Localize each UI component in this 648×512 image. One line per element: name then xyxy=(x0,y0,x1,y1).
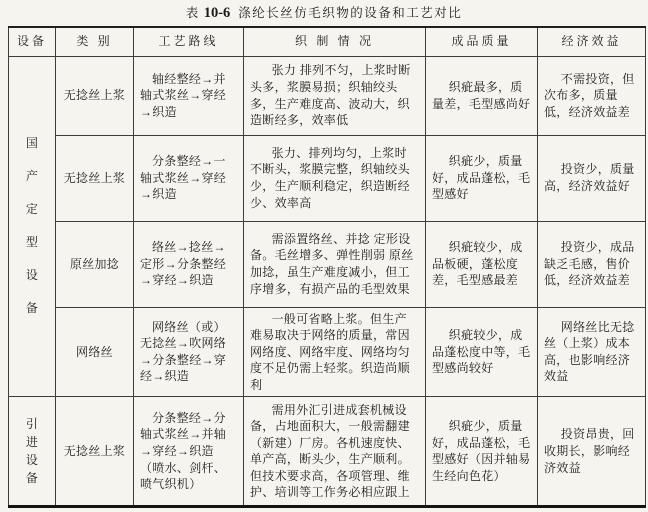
quality-cell: 织疵最多，质量差，毛型感尚好 xyxy=(426,56,538,135)
process-cell: 分条整经→一轴式浆丝→穿经→织造 xyxy=(134,135,244,221)
process-cell: 络丝→捻丝→定形→分条整经→穿经→织造 xyxy=(134,221,244,307)
header-category: 类 别 xyxy=(56,27,134,56)
header-row: 设备 类 别 工艺路线 织 制 情 况 成品质量 经济效益 xyxy=(9,27,646,56)
table-row: 原丝加捻 络丝→捻丝→定形→分条整经→穿经→织造 需添置络丝、并捻 定形设备。毛… xyxy=(9,221,646,307)
header-weaving: 织 制 情 况 xyxy=(244,27,426,56)
equipment-group-imported-label: 引进设备 xyxy=(25,415,38,487)
process-cell: 分条整经→分轴式浆丝→并轴→穿经→织造（喷水、剑杆、喷气织机） xyxy=(134,397,244,507)
table-number: 10-6 xyxy=(204,5,231,21)
header-economy: 经济效益 xyxy=(538,27,646,56)
weaving-cell: 张力 排列不匀，上浆时断头多，浆膜易损；织轴绞头多，生产难度高、波动大，织造断经… xyxy=(244,56,426,135)
table-row: 网络丝 网络丝（或）无捻丝→吹网络→分条整经→穿经→织造 一般可省略上浆。但生产… xyxy=(9,307,646,397)
table-row: 国产定型设备 无捻丝上浆 轴经整经→并轴式浆丝→穿经→织造 张力 排列不匀，上浆… xyxy=(9,56,646,135)
economy-cell: 投资少，质量高，经济效益好 xyxy=(538,135,646,221)
quality-cell: 织疵少，质量好，成品蓬松，毛型感好 xyxy=(426,135,538,221)
table-row: 无捻丝上浆 分条整经→一轴式浆丝→穿经→织造 张力、排列均匀，上浆时不断头，浆膜… xyxy=(9,135,646,221)
category-cell: 原丝加捻 xyxy=(56,221,134,307)
category-cell: 无捻丝上浆 xyxy=(56,56,134,135)
comparison-table: 设备 类 别 工艺路线 织 制 情 况 成品质量 经济效益 国产定型设备 无捻丝… xyxy=(8,26,646,508)
category-cell: 无捻丝上浆 xyxy=(56,135,134,221)
weaving-cell: 需添置络丝、并捻 定形设备。毛丝增多、弹性削弱 原丝加捻，虽生产难度减小，但工序… xyxy=(244,221,426,307)
process-cell: 轴经整经→并轴式浆丝→穿经→织造 xyxy=(134,56,244,135)
header-equipment: 设备 xyxy=(9,27,56,56)
equipment-group-imported: 引进设备 xyxy=(9,397,56,507)
quality-cell: 织疵少，质量好，成品蓬松，毛型感好（因并轴易生经向色花） xyxy=(426,397,538,507)
process-cell: 网络丝（或）无捻丝→吹网络→分条整经→穿经→织造 xyxy=(134,307,244,397)
table-caption-label: 表 xyxy=(186,6,200,20)
header-process: 工艺路线 xyxy=(134,27,244,56)
category-cell: 网络丝 xyxy=(56,307,134,397)
economy-cell: 网络丝比无捻丝（上浆）成本高，也影响经济效益 xyxy=(538,307,646,397)
quality-cell: 织疵较少，成品蓬松度中等，毛型感尚较好 xyxy=(426,307,538,397)
weaving-cell: 需用外汇引进成套机械设备，占地面积大，一般需翻建（新建）厂房。各机速度快、单产高… xyxy=(244,397,426,507)
header-quality: 成品质量 xyxy=(426,27,538,56)
scanned-document-page: 表10-6涤纶长丝仿毛织物的设备和工艺对比 设备 类 别 工艺路线 织 制 情 … xyxy=(0,0,648,512)
equipment-group-domestic: 国产定型设备 xyxy=(9,56,56,397)
weaving-cell: 一般可省略上浆。但生产难易取决于网络的质量，常因网络度、网络牢度、网络均匀度不足… xyxy=(244,307,426,397)
quality-cell: 织疵较少，成品板硬，蓬松度差，毛型感最差 xyxy=(426,221,538,307)
table-row: 引进设备 无捻丝上浆 分条整经→分轴式浆丝→并轴→穿经→织造（喷水、剑杆、喷气织… xyxy=(9,397,646,507)
table-caption-text: 涤纶长丝仿毛织物的设备和工艺对比 xyxy=(238,6,462,20)
economy-cell: 投资少，成品缺乏毛感，售价低，经济效益差 xyxy=(538,221,646,307)
economy-cell: 不需投资，但次布多，质量低，经济效益差 xyxy=(538,56,646,135)
weaving-cell: 张力、排列均匀，上浆时不断头，浆膜完整，织轴绞头少，生产顺利稳定，织造断经少、效… xyxy=(244,135,426,221)
equipment-group-domestic-label: 国产定型设备 xyxy=(25,127,38,325)
category-cell: 无捻丝上浆 xyxy=(56,397,134,507)
table-caption: 表10-6涤纶长丝仿毛织物的设备和工艺对比 xyxy=(0,3,648,22)
economy-cell: 投资昂贵，回收期长，影响经济效益 xyxy=(538,397,646,507)
